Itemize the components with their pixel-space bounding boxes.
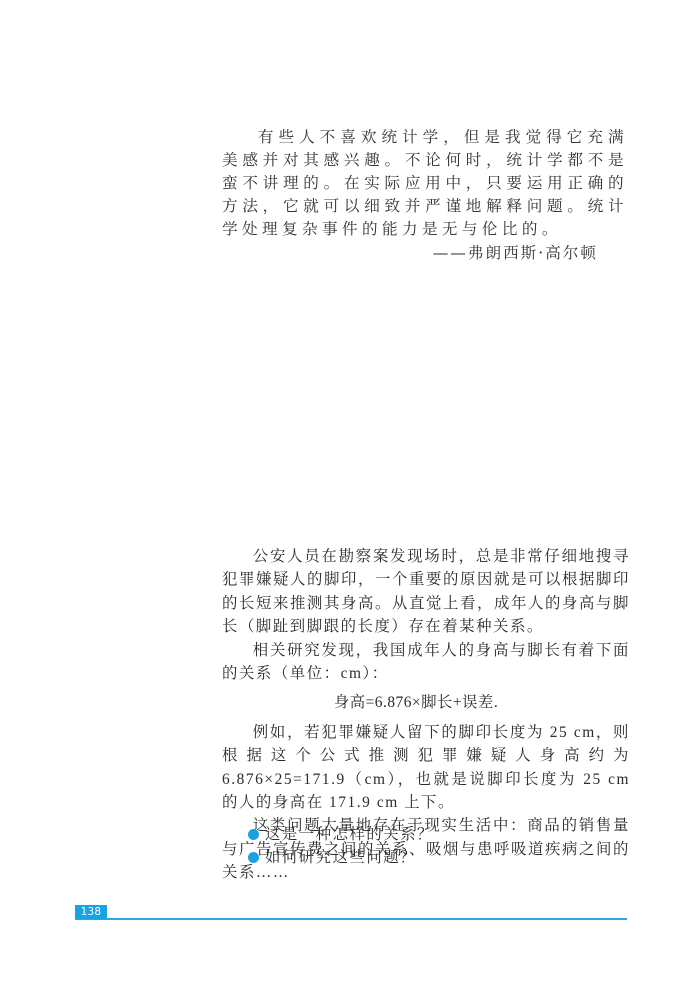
paragraph-crime-scene: 公安人员在勘察案发现场时，总是非常仔细地搜寻犯罪嫌疑人的脚印，一个重要的原因就是… <box>222 545 630 639</box>
question-item: 这是一种怎样的关系？ <box>248 823 434 846</box>
paragraph-research-finding: 相关研究发现，我国成年人的身高与脚长有着下面的关系（单位：cm）： <box>222 639 630 686</box>
paragraph-example: 例如，若犯罪嫌疑人留下的脚印长度为 25 cm，则根据这个公式推测犯罪嫌疑人身高… <box>222 721 630 815</box>
question-list: 这是一种怎样的关系？ 如何研究这些问题？ <box>248 823 434 869</box>
footer-rule <box>75 918 627 920</box>
bullet-dot-icon <box>248 829 259 840</box>
epigraph-attribution: ——弗朗西斯·高尔顿 <box>222 242 628 265</box>
question-text: 如何研究这些问题？ <box>265 846 417 869</box>
page-number: 138 <box>75 905 107 919</box>
epigraph: 有些人不喜欢统计学，但是我觉得它充满美感并对其感兴趣。不论何时，统计学都不是蛮不… <box>222 126 628 265</box>
question-text: 这是一种怎样的关系？ <box>265 823 434 846</box>
epigraph-text: 有些人不喜欢统计学，但是我觉得它充满美感并对其感兴趣。不论何时，统计学都不是蛮不… <box>222 126 628 241</box>
bullet-dot-icon <box>248 852 259 863</box>
question-item: 如何研究这些问题？ <box>248 846 434 869</box>
formula-height: 身高=6.876×脚长+误差. <box>222 691 630 714</box>
